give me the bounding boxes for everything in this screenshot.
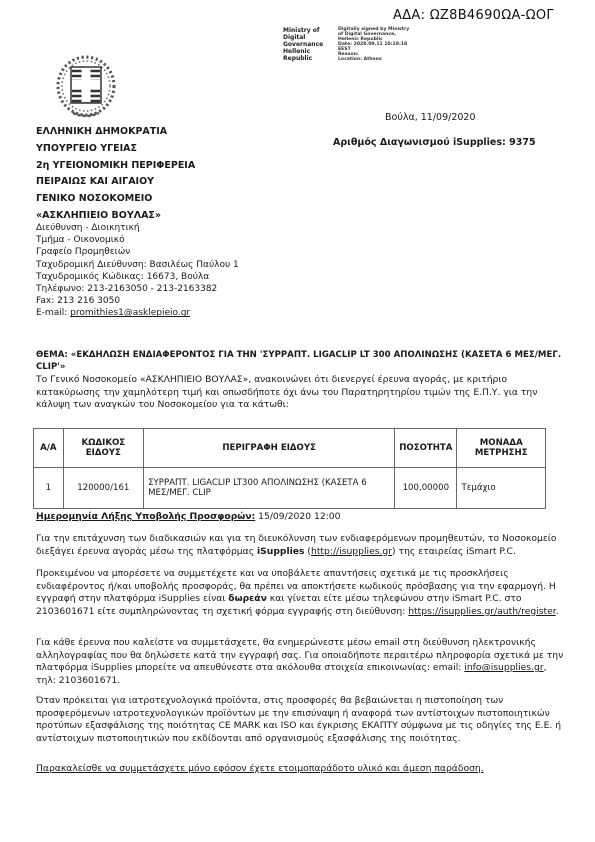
signature-details: Digitally signed by Ministry of Digital … [338,27,416,62]
paragraph-notifications: Για κάθε έρευνα που καλείστε να συμμετάσ… [36,637,568,687]
contact-line: Γραφείο Προμηθειών [36,246,336,258]
p1-platform: iSupplies [257,546,304,557]
document-page: ΑΔΑ: ΩΖ8Β4690ΩΑ-ΩΟΓ Ministry of Digital … [0,0,595,842]
contact-email-line: E-mail: promithies1@asklepieio.gr [36,307,336,319]
header-desc: ΠΕΡΙΓΡΑΦΗ ΕΙΔΟΥΣ [144,429,395,468]
deadline-value: 15/09/2020 12:00 [255,511,340,522]
header-quantity: ΠΟΣΟΤΗΤΑ [395,429,457,468]
table-row: 1 120000/161 ΣΥΡΡΑΠΤ. LIGACLIP LT300 ΑΠΟ… [34,468,546,509]
p1-post: ) της εταιρείας iSmart P.C. [392,546,516,557]
signature-signer: Ministry of Digital Governance Hellenic … [283,27,337,62]
intro-paragraph: Το Γενικό Νοσοκομείο «ΑΣΚΛΗΠΙΕΙΟ ΒΟΥΛΑΣ»… [36,374,566,412]
emblem-icon [55,55,117,119]
p2-post: . [556,606,559,617]
paragraph-certifications: Όταν πρόκειται για ιατροτεχνολογικά προϊ… [36,695,568,745]
ada-code: ΑΔΑ: ΩΖ8Β4690ΩΑ-ΩΟΓ [393,8,554,23]
contact-line: Ταχυδρομικός Κώδικας: 16673, Βούλα [36,271,336,283]
subject-line: ΘΕΜΑ: «ΕΚΔΗΛΩΣΗ ΕΝΔΙΑΦΕΡΟΝΤΟΣ ΓΙΑ ΤΗΝ 'Σ… [36,349,564,373]
paragraph-isupplies-intro: Για την επιτάχυνση των διαδικασιών και γ… [36,533,568,558]
p2-free-bold: δωρεάν [228,593,267,604]
org-line: ΥΠΟΥΡΓΕΙΟ ΥΓΕΙΑΣ [36,141,296,158]
letterhead-org: ΕΛΛΗΝΙΚΗ ΔΗΜΟΚΡΑΤΙΑ ΥΠΟΥΡΓΕΙΟ ΥΓΕΙΑΣ 2η … [36,124,296,225]
register-link[interactable]: https://isupplies.gr/auth/register [408,606,556,617]
tender-number: Αριθμός Διαγωνισμού iSupplies: 9375 [333,137,536,148]
paragraph-registration: Προκειμένου να μπορέσετε να συμμετέχετε … [36,568,568,618]
email-label: E-mail: [36,308,70,318]
table-header-row: Α/Α ΚΩΔΙΚΟΣ ΕΙΔΟΥΣ ΠΕΡΙΓΡΑΦΗ ΕΙΔΟΥΣ ΠΟΣΟ… [34,429,546,468]
greek-emblem-logo [55,55,117,119]
deadline-label: Ημερομηνία Λήξης Υποβολής Προσφορών: [36,511,255,522]
cell-desc: ΣΥΡΡΑΠΤ. LIGACLIP LT300 ΑΠΟΛΙΝΩΣΗΣ (ΚΑΣΕ… [144,468,395,509]
contact-line: Τμήμα - Οικονομικό [36,234,336,246]
contact-line: Διεύθυνση - Διοικητική [36,222,336,234]
info-email-link[interactable]: info@isupplies.gr [464,662,543,673]
org-line: ΕΛΛΗΝΙΚΗ ΔΗΜΟΚΡΑΤΙΑ [36,124,296,141]
contact-email-link[interactable]: promithies1@asklepieio.gr [70,308,190,318]
org-line: ΓΕΝΙΚΟ ΝΟΣΟΚΟΜΕΙΟ [36,191,296,208]
contact-line: Fax: 213 216 3050 [36,295,336,307]
place-date: Βούλα, 11/09/2020 [385,112,476,123]
contact-line: Τηλέφωνο: 213-2163050 - 213-2163382 [36,283,336,295]
org-line: ΠΕΙΡΑΙΩΣ ΚΑΙ ΑΙΓΑΙΟΥ [36,174,296,191]
contact-block: Διεύθυνση - Διοικητική Τμήμα - Οικονομικ… [36,222,336,320]
deadline-line: Ημερομηνία Λήξης Υποβολής Προσφορών: 15/… [36,511,566,522]
paragraph-availability-note: Παρακαλείσθε να συμμετάσχετε μόνο εφόσον… [36,763,568,776]
cell-unit: Τεμάχιο [457,468,546,509]
header-code: ΚΩΔΙΚΟΣ ΕΙΔΟΥΣ [63,429,143,468]
cell-quantity: 100,00000 [395,468,457,509]
cell-code: 120000/161 [63,468,143,509]
cell-aa: 1 [34,468,64,509]
org-line: 2η ΥΓΕΙΟΝΟΜΙΚΗ ΠΕΡΙΦΕΡΕΙΑ [36,158,296,175]
header-unit: ΜΟΝΑΔΑ ΜΕΤΡΗΣΗΣ [457,429,546,468]
header-aa: Α/Α [34,429,64,468]
contact-line: Ταχυδρομική Διεύθυνση: Βασιλέως Παύλου 1 [36,259,336,271]
items-table: Α/Α ΚΩΔΙΚΟΣ ΕΙΔΟΥΣ ΠΕΡΙΓΡΑΦΗ ΕΙΔΟΥΣ ΠΟΣΟ… [33,428,546,509]
isupplies-site-link[interactable]: http://isupplies.gr [311,546,392,557]
